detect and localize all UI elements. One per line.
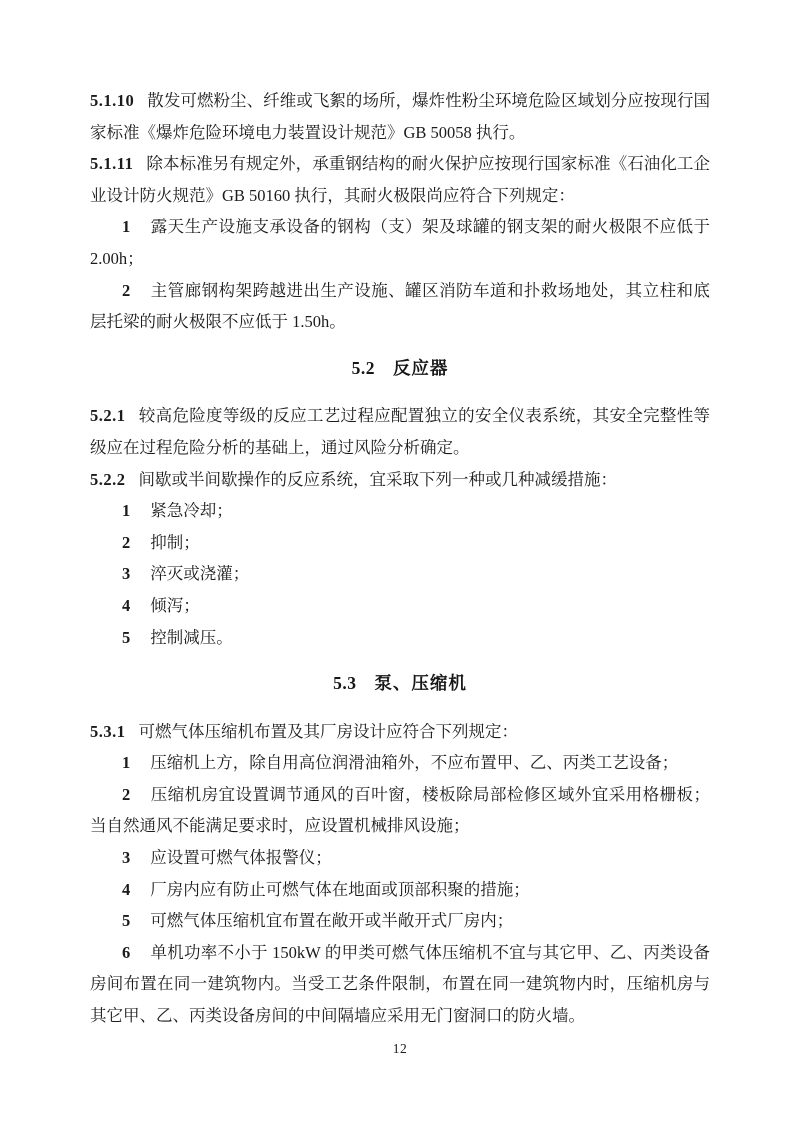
- section-heading-5.3: 5.3泵、压缩机: [90, 668, 710, 700]
- item-number: 2: [122, 281, 130, 300]
- item-text: 紧急冷却；: [150, 501, 233, 520]
- item-text: 抑制；: [150, 533, 200, 552]
- clause-number: 5.2.1: [90, 406, 126, 425]
- clause-5.2.2: 5.2.2间歇或半间歇操作的反应系统，宜采取下列一种或几种减缓措施：: [90, 464, 710, 496]
- clause-number: 5.3.1: [90, 722, 126, 741]
- item-number: 4: [122, 596, 130, 615]
- list-item-2: 2抑制；: [90, 527, 710, 559]
- list-item-4: 4厂房内应有防止可燃气体在地面或顶部积聚的措施；: [90, 874, 710, 906]
- item-number: 3: [122, 848, 130, 867]
- heading-title: 反应器: [393, 358, 449, 378]
- list-item-2: 2主管廊钢构架跨越进出生产设施、罐区消防车道和扑救场地处，其立柱和底层托梁的耐火…: [90, 275, 710, 338]
- heading-number: 5.3: [333, 673, 356, 693]
- item-number: 4: [122, 880, 130, 899]
- item-number: 1: [122, 217, 130, 236]
- clause-text: 较高危险度等级的反应工艺过程应配置独立的安全仪表系统，其安全完整性等级应在过程危…: [90, 406, 710, 457]
- item-text: 露天生产设施支承设备的钢构（支）架及球罐的钢支架的耐火极限不应低于 2.00h；: [90, 217, 710, 268]
- item-text: 控制减压。: [150, 628, 233, 647]
- item-number: 5: [122, 911, 130, 930]
- clause-text: 间歇或半间歇操作的反应系统，宜采取下列一种或几种减缓措施：: [139, 470, 618, 489]
- heading-number: 5.2: [352, 358, 375, 378]
- list-item-1: 1压缩机上方，除自用高位润滑油箱外，不应布置甲、乙、丙类工艺设备；: [90, 747, 710, 779]
- item-text: 淬灭或浇灌；: [150, 564, 249, 583]
- item-text: 应设置可燃气体报警仪；: [150, 848, 332, 867]
- item-text: 主管廊钢构架跨越进出生产设施、罐区消防车道和扑救场地处，其立柱和底层托梁的耐火极…: [90, 281, 710, 332]
- clause-5.1.10: 5.1.10散发可燃粉尘、纤维或飞絮的场所，爆炸性粉尘环境危险区域划分应按现行国…: [90, 85, 710, 148]
- page-footer: 12: [0, 1040, 800, 1058]
- clause-number: 5.1.11: [90, 154, 133, 173]
- item-number: 1: [122, 501, 130, 520]
- item-text: 压缩机房宜设置调节通风的百叶窗，楼板除局部检修区域外宜采用格栅板；当自然通风不能…: [90, 785, 710, 836]
- list-item-4: 4倾泻；: [90, 590, 710, 622]
- item-number: 2: [122, 533, 130, 552]
- item-number: 2: [122, 785, 130, 804]
- list-item-3: 3应设置可燃气体报警仪；: [90, 842, 710, 874]
- clause-5.1.11: 5.1.11除本标准另有规定外，承重钢结构的耐火保护应按现行国家标准《石油化工企…: [90, 148, 710, 211]
- clause-number: 5.1.10: [90, 91, 134, 110]
- list-item-6: 6单机功率不小于 150kW 的甲类可燃气体压缩机不宜与其它甲、乙、丙类设备房间…: [90, 937, 710, 1032]
- item-text: 单机功率不小于 150kW 的甲类可燃气体压缩机不宜与其它甲、乙、丙类设备房间布…: [90, 943, 710, 1025]
- item-text: 可燃气体压缩机宜布置在敞开或半敞开式厂房内；: [150, 911, 513, 930]
- section-heading-5.2: 5.2反应器: [90, 353, 710, 385]
- page-number: 12: [393, 1041, 408, 1056]
- clause-5.3.1: 5.3.1可燃气体压缩机布置及其厂房设计应符合下列规定：: [90, 716, 710, 748]
- item-number: 3: [122, 564, 130, 583]
- item-number: 6: [122, 943, 130, 962]
- list-item-5: 5可燃气体压缩机宜布置在敞开或半敞开式厂房内；: [90, 905, 710, 937]
- item-text: 倾泻；: [150, 596, 200, 615]
- list-item-3: 3淬灭或浇灌；: [90, 558, 710, 590]
- clause-text: 除本标准另有规定外，承重钢结构的耐火保护应按现行国家标准《石油化工企业设计防火规…: [90, 154, 710, 205]
- item-text: 压缩机上方，除自用高位润滑油箱外，不应布置甲、乙、丙类工艺设备；: [150, 753, 678, 772]
- document-page: 5.1.10散发可燃粉尘、纤维或飞絮的场所，爆炸性粉尘环境危险区域划分应按现行国…: [0, 0, 800, 1131]
- item-number: 5: [122, 628, 130, 647]
- list-item-1: 1紧急冷却；: [90, 495, 710, 527]
- clause-number: 5.2.2: [90, 470, 126, 489]
- list-item-5: 5控制减压。: [90, 622, 710, 654]
- list-item-2: 2压缩机房宜设置调节通风的百叶窗，楼板除局部检修区域外宜采用格栅板；当自然通风不…: [90, 779, 710, 842]
- clause-text: 可燃气体压缩机布置及其厂房设计应符合下列规定：: [139, 722, 519, 741]
- document-body: 5.1.10散发可燃粉尘、纤维或飞絮的场所，爆炸性粉尘环境危险区域划分应按现行国…: [90, 85, 710, 1032]
- clause-5.2.1: 5.2.1较高危险度等级的反应工艺过程应配置独立的安全仪表系统，其安全完整性等级…: [90, 400, 710, 463]
- list-item-1: 1露天生产设施支承设备的钢构（支）架及球罐的钢支架的耐火极限不应低于 2.00h…: [90, 211, 710, 274]
- heading-title: 泵、压缩机: [374, 673, 467, 693]
- item-number: 1: [122, 753, 130, 772]
- clause-text: 散发可燃粉尘、纤维或飞絮的场所，爆炸性粉尘环境危险区域划分应按现行国家标准《爆炸…: [90, 91, 710, 142]
- item-text: 厂房内应有防止可燃气体在地面或顶部积聚的措施；: [150, 880, 530, 899]
